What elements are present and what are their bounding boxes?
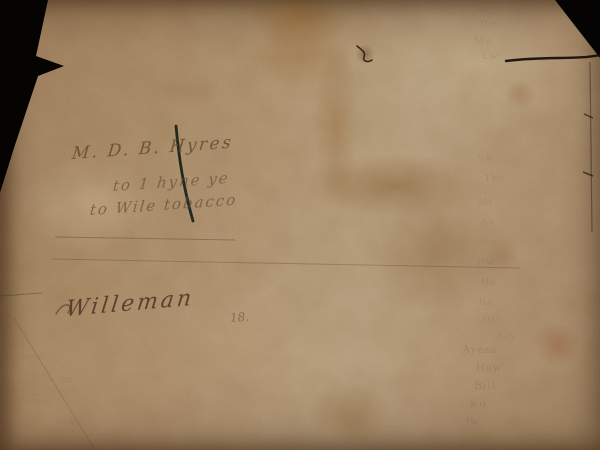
crack-hook-top-center <box>357 46 372 61</box>
bleedthrough-fragment: As <box>480 216 494 228</box>
illegible-marks: m nom u <box>16 396 50 407</box>
tear-crack-top-right <box>506 55 600 61</box>
bleedthrough-fragment: Tho <box>484 172 505 184</box>
bleedthrough-fragment: OU <box>482 314 500 326</box>
bleedthrough-fragment: Hu <box>481 276 496 288</box>
bleedthrough-fragment: Mi <box>478 196 493 208</box>
bleedthrough-fragment: lw <box>466 414 480 429</box>
bleedthrough-fragment: Ko <box>470 396 487 411</box>
cracks-and-ink <box>0 0 600 450</box>
bleedthrough-fragment: Say <box>497 330 517 342</box>
right-edge-nick-1 <box>584 114 593 118</box>
handwriting-signature-mark: 18. <box>230 310 250 325</box>
illegible-marks: Nw nne <box>42 374 72 385</box>
bleedthrough-fragment: Urb <box>480 18 500 30</box>
bleedthrough-fragment: Mw <box>474 34 494 46</box>
bleedthrough-fragment: Po <box>483 236 497 248</box>
bleedthrough-fragment: Ayean <box>462 342 497 357</box>
photo-of-manuscript: M. D. B. Hyres to 1 hyne ye to Wile toba… <box>0 0 600 450</box>
bleedthrough-fragment: Hw <box>477 256 495 268</box>
illegible-marks: uo mw <box>56 416 82 427</box>
bleedthrough-fragment: How <box>476 360 502 375</box>
illegible-marks: nw m <box>22 352 43 363</box>
bleedthrough-fragment: Ku <box>479 296 494 308</box>
bleedthrough-fragment: Sw <box>478 152 494 164</box>
bleedthrough-fragment: Lw <box>482 50 499 62</box>
right-edge-crease <box>590 62 592 232</box>
bleedthrough-fragment: Bill <box>474 378 496 393</box>
bleedthrough-fragment: Iw <box>476 2 490 14</box>
